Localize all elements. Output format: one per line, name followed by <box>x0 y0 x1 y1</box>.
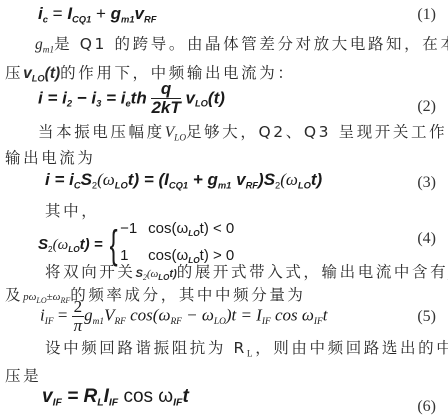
eq2-part: i = i <box>38 88 67 107</box>
eq4-part: t) = <box>80 236 107 253</box>
eq3-part: + g <box>188 170 218 189</box>
eq5-part: g <box>84 306 93 325</box>
inline-symbol: g <box>35 36 43 53</box>
equation-number-6: (6) <box>417 398 436 416</box>
eq3-part: i = i <box>45 170 74 189</box>
eq5-sub: IF <box>314 317 323 327</box>
paragraph-text: 是 Q1 的跨导。由晶体管差分对放大电路知，在本振电 <box>54 35 448 53</box>
case-condition: cos(ω <box>148 220 188 237</box>
eq4-part: S <box>38 236 48 253</box>
eq3-part: t) <box>311 170 322 189</box>
eq1-op: = <box>48 4 67 23</box>
eq5-sub: RF <box>170 317 181 327</box>
paragraph-text: 足够大，Q2、Q3 呈现开关工作，此时 <box>186 123 448 141</box>
eq4-sub: LO <box>68 245 79 254</box>
paragraph-text: 当本振电压幅度 <box>38 123 165 141</box>
eq5-part: = <box>54 306 72 325</box>
eq5-part: cos(ω <box>126 306 171 325</box>
eq5-part: t <box>323 306 328 325</box>
eq1-sub: m1 <box>121 14 135 24</box>
eq1-symbol: v <box>135 4 144 23</box>
eq6-part: v <box>42 386 53 407</box>
eq3-part: (ω <box>280 170 298 189</box>
case-value: −1 <box>120 218 148 240</box>
case-condition: t) < 0 <box>200 220 235 237</box>
eq5-sub: IF <box>262 317 271 327</box>
inline-sub: L <box>247 349 255 359</box>
equation-3: i = iCS2(ωLOt) = (ICQ1 + gm1 vRF)S2(ωLOt… <box>45 170 322 190</box>
eq6-sub: IF <box>109 398 118 409</box>
denominator: 2kT <box>151 99 180 118</box>
equation-1: ic = ICQ1 + gm1vRF <box>38 4 156 24</box>
eq5-part: V <box>104 306 114 325</box>
eq3-part: )S <box>258 170 275 189</box>
eq3-part: (ω <box>97 170 115 189</box>
eq3-sub: LO <box>115 180 128 190</box>
inline-symbol: pω <box>23 291 36 303</box>
eq3-sub: RF <box>246 180 258 190</box>
eq3-sub: m1 <box>218 180 232 190</box>
paragraph-line: 设中频回路谐振阻抗为 RL，则由中频回路选出的中频电 <box>45 336 448 359</box>
paragraph-text: 将双向开关 <box>45 263 136 281</box>
paragraph-line: 压是 <box>5 364 41 386</box>
eq1-sub: CQ1 <box>72 14 91 24</box>
eq6-part: = R <box>62 386 97 407</box>
paragraph-text: 输出电流为 <box>5 149 96 167</box>
inline-symbol: S <box>136 268 143 280</box>
eq5-part: − ω <box>182 306 214 325</box>
paragraph-text: 设中频回路谐振阻抗为 R <box>45 339 247 357</box>
eq5-sub: RF <box>114 317 125 327</box>
paragraph-text: 及 <box>5 286 23 304</box>
eq2-part: = i <box>101 88 125 107</box>
eq1-op: + <box>91 4 110 23</box>
case-sub: LO <box>188 229 199 238</box>
case-row-1: −1cos(ωLOt) < 0 <box>120 218 234 245</box>
eq5-part: cos ω <box>271 306 314 325</box>
eq3-part: S <box>81 170 92 189</box>
equation-number-4: (4) <box>417 230 436 248</box>
paragraph-line: 输出电流为 <box>5 146 96 168</box>
eq5-sub: LO <box>214 317 226 327</box>
inline-sub: LO <box>174 133 186 143</box>
eq3-sub: C <box>74 180 81 190</box>
eq4-part: (ω <box>53 237 69 253</box>
paragraph-text: 压是 <box>5 367 41 385</box>
eq1-sub: RF <box>144 14 156 24</box>
numerator: q <box>151 80 180 99</box>
eq6-part: cos ω <box>118 386 173 407</box>
eq3-part: t) <box>128 170 139 189</box>
eq4-lhs: S2(ωLOt) = <box>38 236 107 253</box>
numerator: 2 <box>72 298 85 317</box>
eq1-symbol: g <box>111 4 121 23</box>
denominator: π <box>72 317 85 336</box>
eq5-sub: m1 <box>93 317 104 327</box>
eq6-sub: IF <box>53 398 62 409</box>
eq5-part: )t = I <box>226 306 262 325</box>
paragraph-text: 的展开式带入式，输出电流中含有 <box>177 263 448 281</box>
inline-sub: LO <box>158 273 169 282</box>
paragraph-text: 压 <box>5 64 23 82</box>
left-brace-icon: { <box>109 225 117 265</box>
fraction: q2kT <box>151 80 180 118</box>
inline-symbol: (ω <box>147 268 158 280</box>
paragraph-line: 当本振电压幅度VLO足够大，Q2、Q3 呈现开关工作，此时 <box>38 120 448 143</box>
inline-symbol: t) <box>169 268 176 280</box>
eq3-part: = (I <box>139 170 169 189</box>
eq2-part: th <box>131 88 147 107</box>
eq3-part: v <box>231 170 245 189</box>
eq3-sub: CQ1 <box>169 180 188 190</box>
equation-5: iIF = 2πgm1VRF cos(ωRF − ωLO)t = IIF cos… <box>40 298 327 336</box>
equation-number-3: (3) <box>417 174 436 192</box>
eq5-sub: IF <box>45 317 54 327</box>
equation-6: vIF = RLIIF cos ωIFt <box>42 386 189 409</box>
equation-2: i = i2 − i3 = ieth q2kT vLO(t) <box>38 80 225 118</box>
equation-number-1: (1) <box>417 6 436 24</box>
paragraph-line: 将双向开关S2(ωLOt)的展开式带入式，输出电流中含有pωLO <box>45 260 448 282</box>
equation-number-5: (5) <box>417 308 436 326</box>
eq6-part: t <box>182 386 188 407</box>
fraction: 2π <box>72 298 85 336</box>
eq2-part: (t) <box>208 88 225 107</box>
eq2-sub: LO <box>195 99 208 109</box>
paragraph-line: gm1是 Q1 的跨导。由晶体管差分对放大电路知，在本振电 <box>35 32 448 55</box>
equation-number-2: (2) <box>417 98 436 116</box>
inline-symbol: v <box>23 65 32 82</box>
eq2-part: − i <box>72 88 96 107</box>
inline-sub: m1 <box>43 45 54 55</box>
eq3-sub: LO <box>298 180 311 190</box>
eq2-part: v <box>185 88 194 107</box>
inline-symbol: V <box>165 124 174 141</box>
paragraph-text: ，则由中频回路选出的中频电 <box>255 339 448 357</box>
